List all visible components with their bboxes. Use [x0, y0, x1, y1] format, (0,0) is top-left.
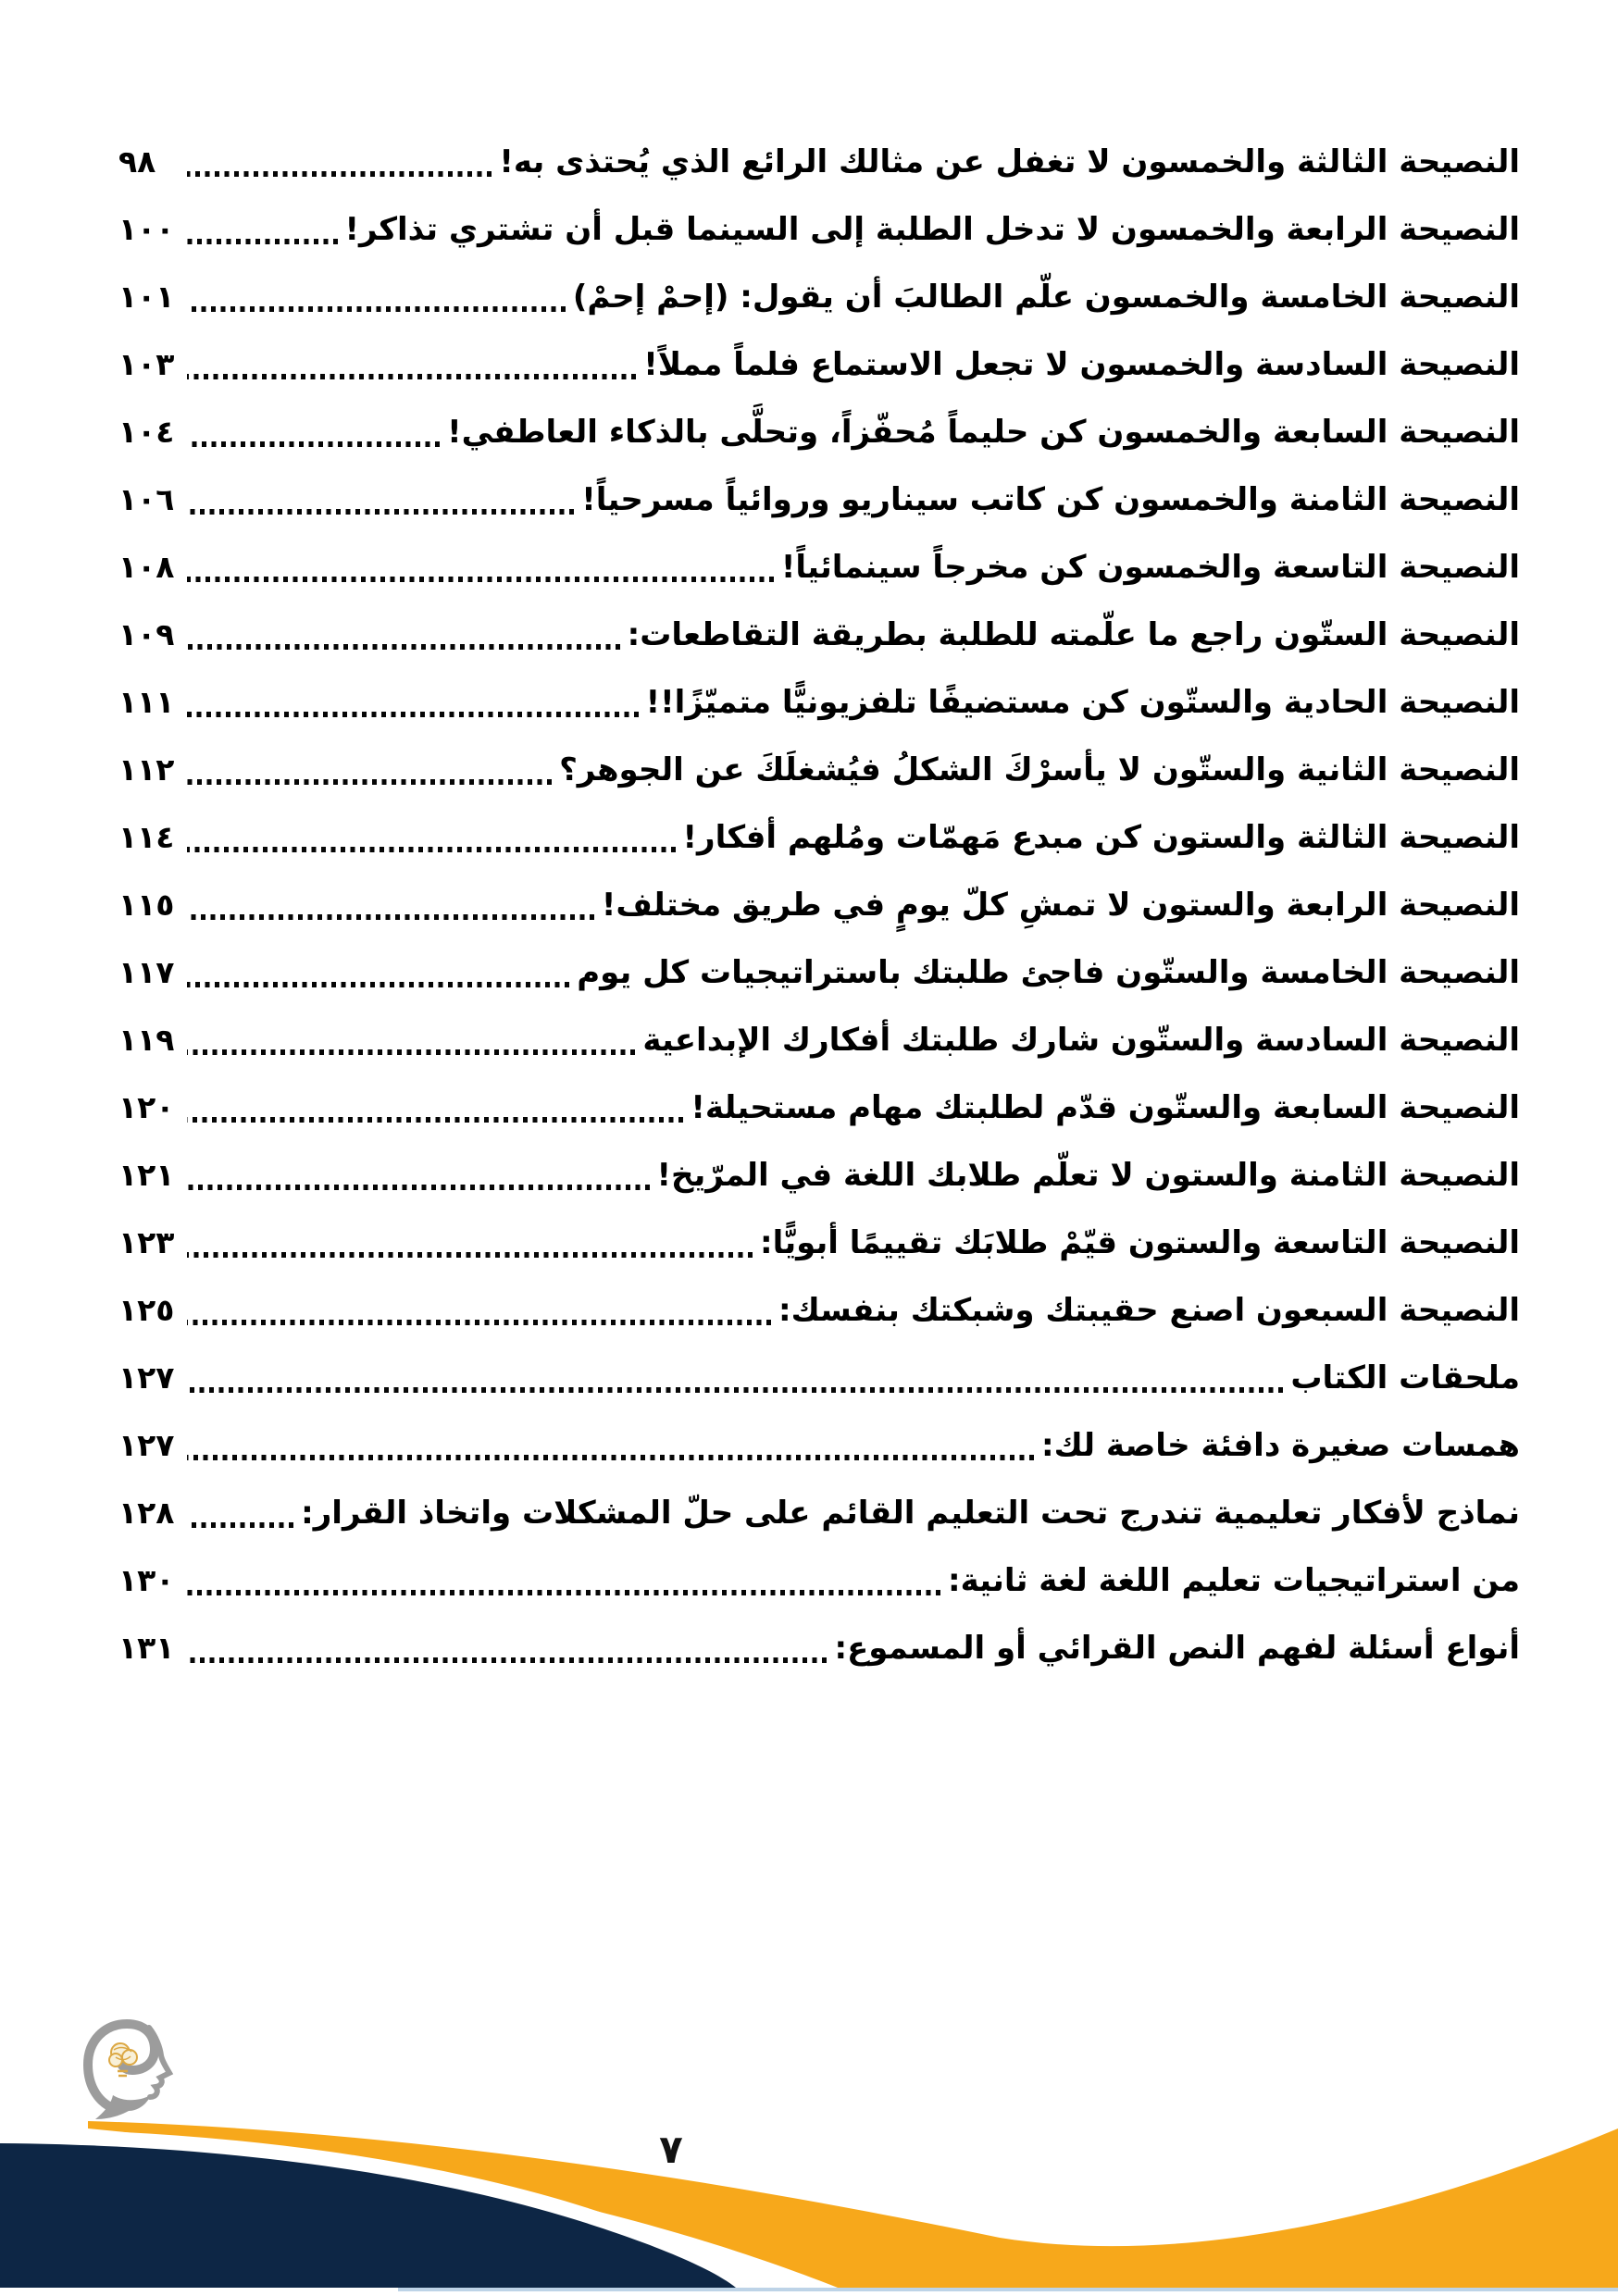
toc-entry-page-number: ١٢٠	[118, 1092, 178, 1123]
toc-entry-title: النصيحة السبعون اصنع حقيبتك وشبكتك بنفسك…	[778, 1295, 1520, 1326]
toc-entry-title: همسات صغيرة دافئة خاصة لك:	[1041, 1430, 1520, 1461]
toc-entry-page-number: ١٢٥	[118, 1295, 178, 1325]
toc-entry-page-number: ١٠٤	[118, 416, 178, 447]
toc-entry-page-number: ٩٨	[118, 146, 178, 177]
toc-entry-page-number: ١٠٨	[118, 552, 178, 582]
toc-entry-page-number: ١٢٧	[118, 1430, 178, 1460]
toc-entry: النصيحة الثالثة والخمسون لا تغفل عن مثال…	[118, 128, 1520, 195]
toc-entry: ملحقات الكتاب ١٢٧	[118, 1344, 1520, 1411]
toc-entry-title: النصيحة الثانية والستّون لا يأسرْكَ الشك…	[559, 754, 1520, 786]
dotted-leader	[187, 1252, 753, 1258]
toc-entry-title: النصيحة الرابعة والخمسون لا تدخل الطلبة …	[345, 214, 1520, 245]
dotted-leader	[187, 1590, 940, 1595]
toc-entry-title: النصيحة التاسعة والستون قيّمْ طلابَك تقي…	[760, 1227, 1520, 1259]
toc-entry: النصيحة الستّون راجع ما علّمته للطلبة بط…	[118, 601, 1520, 668]
toc-entry: النصيحة الخامسة والخمسون علّم الطالبَ أن…	[118, 263, 1520, 330]
toc-entry: أنواع أسئلة لفهم النص القرائي أو المسموع…	[118, 1614, 1520, 1682]
toc-entry-title: النصيحة الحادية والستّون كن مستضيفًا تلف…	[646, 687, 1520, 718]
toc-entry-title: النصيحة الرابعة والستون لا تمشِ كلّ يومٍ…	[602, 889, 1520, 921]
page-number: ٧	[639, 2127, 703, 2172]
toc-entry: النصيحة الثامنة والخمسون كن كاتب سيناريو…	[118, 465, 1520, 533]
toc-entry-page-number: ١١٤	[118, 822, 178, 852]
toc-entry: النصيحة الخامسة والستّون فاجئ طلبتك باست…	[118, 938, 1520, 1006]
toc-entry-page-number: ١٢١	[118, 1160, 178, 1190]
dotted-leader	[187, 982, 569, 987]
document-page: النصيحة الثالثة والخمسون لا تغفل عن مثال…	[0, 0, 1618, 2296]
toc-entry-title: النصيحة السابعة والخمسون كن حليماً مُحفّ…	[447, 416, 1520, 448]
toc-entry: النصيحة التاسعة والخمسون كن مخرجاً سينما…	[118, 533, 1520, 601]
dotted-leader	[187, 171, 492, 177]
toc-entry: همسات صغيرة دافئة خاصة لك: ١٢٧	[118, 1411, 1520, 1479]
dotted-leader	[187, 509, 574, 515]
dotted-leader	[187, 644, 620, 650]
toc-entry-title: النصيحة الستّون راجع ما علّمته للطلبة بط…	[628, 619, 1520, 651]
toc-entry-page-number: ١٠٦	[118, 484, 178, 515]
toc-entry-page-number: ١٠٠	[118, 214, 178, 244]
toc-entry-page-number: ١١٢	[118, 754, 178, 785]
toc-entry-title: النصيحة الخامسة والستّون فاجئ طلبتك باست…	[577, 957, 1520, 988]
dotted-leader	[187, 1657, 827, 1663]
toc-entry-title: ملحقات الكتاب	[1290, 1362, 1520, 1394]
toc-entry-page-number: ١٢٧	[118, 1362, 178, 1393]
toc-entry-page-number: ١٠٣	[118, 349, 178, 379]
dotted-leader	[187, 1117, 683, 1123]
toc-entry-page-number: ١٣١	[118, 1632, 178, 1663]
toc-entry-title: النصيحة السادسة والستّون شارك طلبتك أفكا…	[642, 1024, 1520, 1056]
dotted-leader	[187, 441, 440, 447]
dotted-leader	[187, 306, 566, 312]
footer-wave-graphic	[0, 1990, 1618, 2296]
toc-entry: نماذج لأفكار تعليمية تندرج تحت التعليم ا…	[118, 1479, 1520, 1546]
toc-entry: النصيحة السابعة والستّون قدّم لطلبتك مها…	[118, 1074, 1520, 1141]
toc-entry: النصيحة الثالثة والستون كن مبدع مَهمّات …	[118, 803, 1520, 871]
dotted-leader	[187, 1455, 1034, 1460]
toc-entry-title: النصيحة السابعة والستّون قدّم لطلبتك مها…	[691, 1092, 1520, 1123]
dotted-leader	[187, 1522, 293, 1528]
toc-entry-page-number: ١١٩	[118, 1024, 178, 1055]
logo-spiral-stroke	[88, 2024, 155, 2109]
toc-entry-title: النصيحة الثامنة والخمسون كن كاتب سيناريو…	[581, 484, 1520, 515]
toc-entry-page-number: ١٢٣	[118, 1227, 178, 1258]
toc-entry-title: النصيحة الثالثة والستون كن مبدع مَهمّات …	[683, 822, 1520, 853]
toc-entry: النصيحة السادسة والخمسون لا تجعل الاستما…	[118, 330, 1520, 398]
toc-entry-page-number: ١٠١	[118, 281, 178, 312]
toc-entry-title: نماذج لأفكار تعليمية تندرج تحت التعليم ا…	[301, 1497, 1520, 1529]
toc-entry-title: النصيحة الخامسة والخمسون علّم الطالبَ أن…	[573, 281, 1520, 313]
toc-entry-page-number: ١١٧	[118, 957, 178, 987]
toc-entry-title: أنواع أسئلة لفهم النص القرائي أو المسموع…	[834, 1632, 1520, 1664]
dotted-leader	[187, 1049, 635, 1055]
footer-edge-strip	[398, 2288, 1618, 2291]
dotted-leader	[187, 847, 676, 852]
dotted-leader	[187, 1387, 1283, 1393]
toc-entry: النصيحة السبعون اصنع حقيبتك وشبكتك بنفسك…	[118, 1276, 1520, 1344]
dotted-leader	[187, 577, 774, 582]
toc-entry-page-number: ١١٥	[118, 889, 178, 920]
toc-entry: النصيحة السابعة والخمسون كن حليماً مُحفّ…	[118, 398, 1520, 465]
toc-entry: النصيحة الحادية والستّون كن مستضيفًا تلف…	[118, 668, 1520, 736]
toc-entry: النصيحة الثامنة والستون لا تعلّم طلابك ا…	[118, 1141, 1520, 1209]
dotted-leader	[187, 1320, 771, 1325]
dotted-leader	[187, 779, 552, 785]
toc-entry: النصيحة الثانية والستّون لا يأسرْكَ الشك…	[118, 736, 1520, 803]
toc-entry: النصيحة الرابعة والستون لا تمشِ كلّ يومٍ…	[118, 871, 1520, 938]
toc-entry-title: النصيحة الثامنة والستون لا تعلّم طلابك ا…	[657, 1160, 1520, 1191]
dotted-leader	[187, 712, 639, 717]
toc-entry: النصيحة التاسعة والستون قيّمْ طلابَك تقي…	[118, 1209, 1520, 1276]
toc-entry-page-number: ١٠٩	[118, 619, 178, 650]
toc-entry-title: النصيحة التاسعة والخمسون كن مخرجاً سينما…	[781, 552, 1520, 583]
dotted-leader	[187, 1185, 650, 1190]
toc-entry-page-number: ١٣٠	[118, 1565, 178, 1595]
table-of-contents: النصيحة الثالثة والخمسون لا تغفل عن مثال…	[118, 128, 1520, 1682]
toc-entry: النصيحة السادسة والستّون شارك طلبتك أفكا…	[118, 1006, 1520, 1074]
toc-entry-page-number: ١٢٨	[118, 1497, 178, 1528]
dotted-leader	[187, 239, 338, 244]
dotted-leader	[187, 914, 594, 920]
toc-entry-title: النصيحة السادسة والخمسون لا تجعل الاستما…	[643, 349, 1520, 380]
toc-entry: من استراتيجيات تعليم اللغة لغة ثانية: ١٣…	[118, 1546, 1520, 1614]
toc-entry-title: النصيحة الثالثة والخمسون لا تغفل عن مثال…	[499, 146, 1520, 178]
toc-entry: النصيحة الرابعة والخمسون لا تدخل الطلبة …	[118, 195, 1520, 263]
dotted-leader	[187, 374, 636, 379]
head-brain-logo	[51, 2002, 190, 2141]
toc-entry-page-number: ١١١	[118, 687, 178, 717]
toc-entry-title: من استراتيجيات تعليم اللغة لغة ثانية:	[948, 1565, 1520, 1596]
